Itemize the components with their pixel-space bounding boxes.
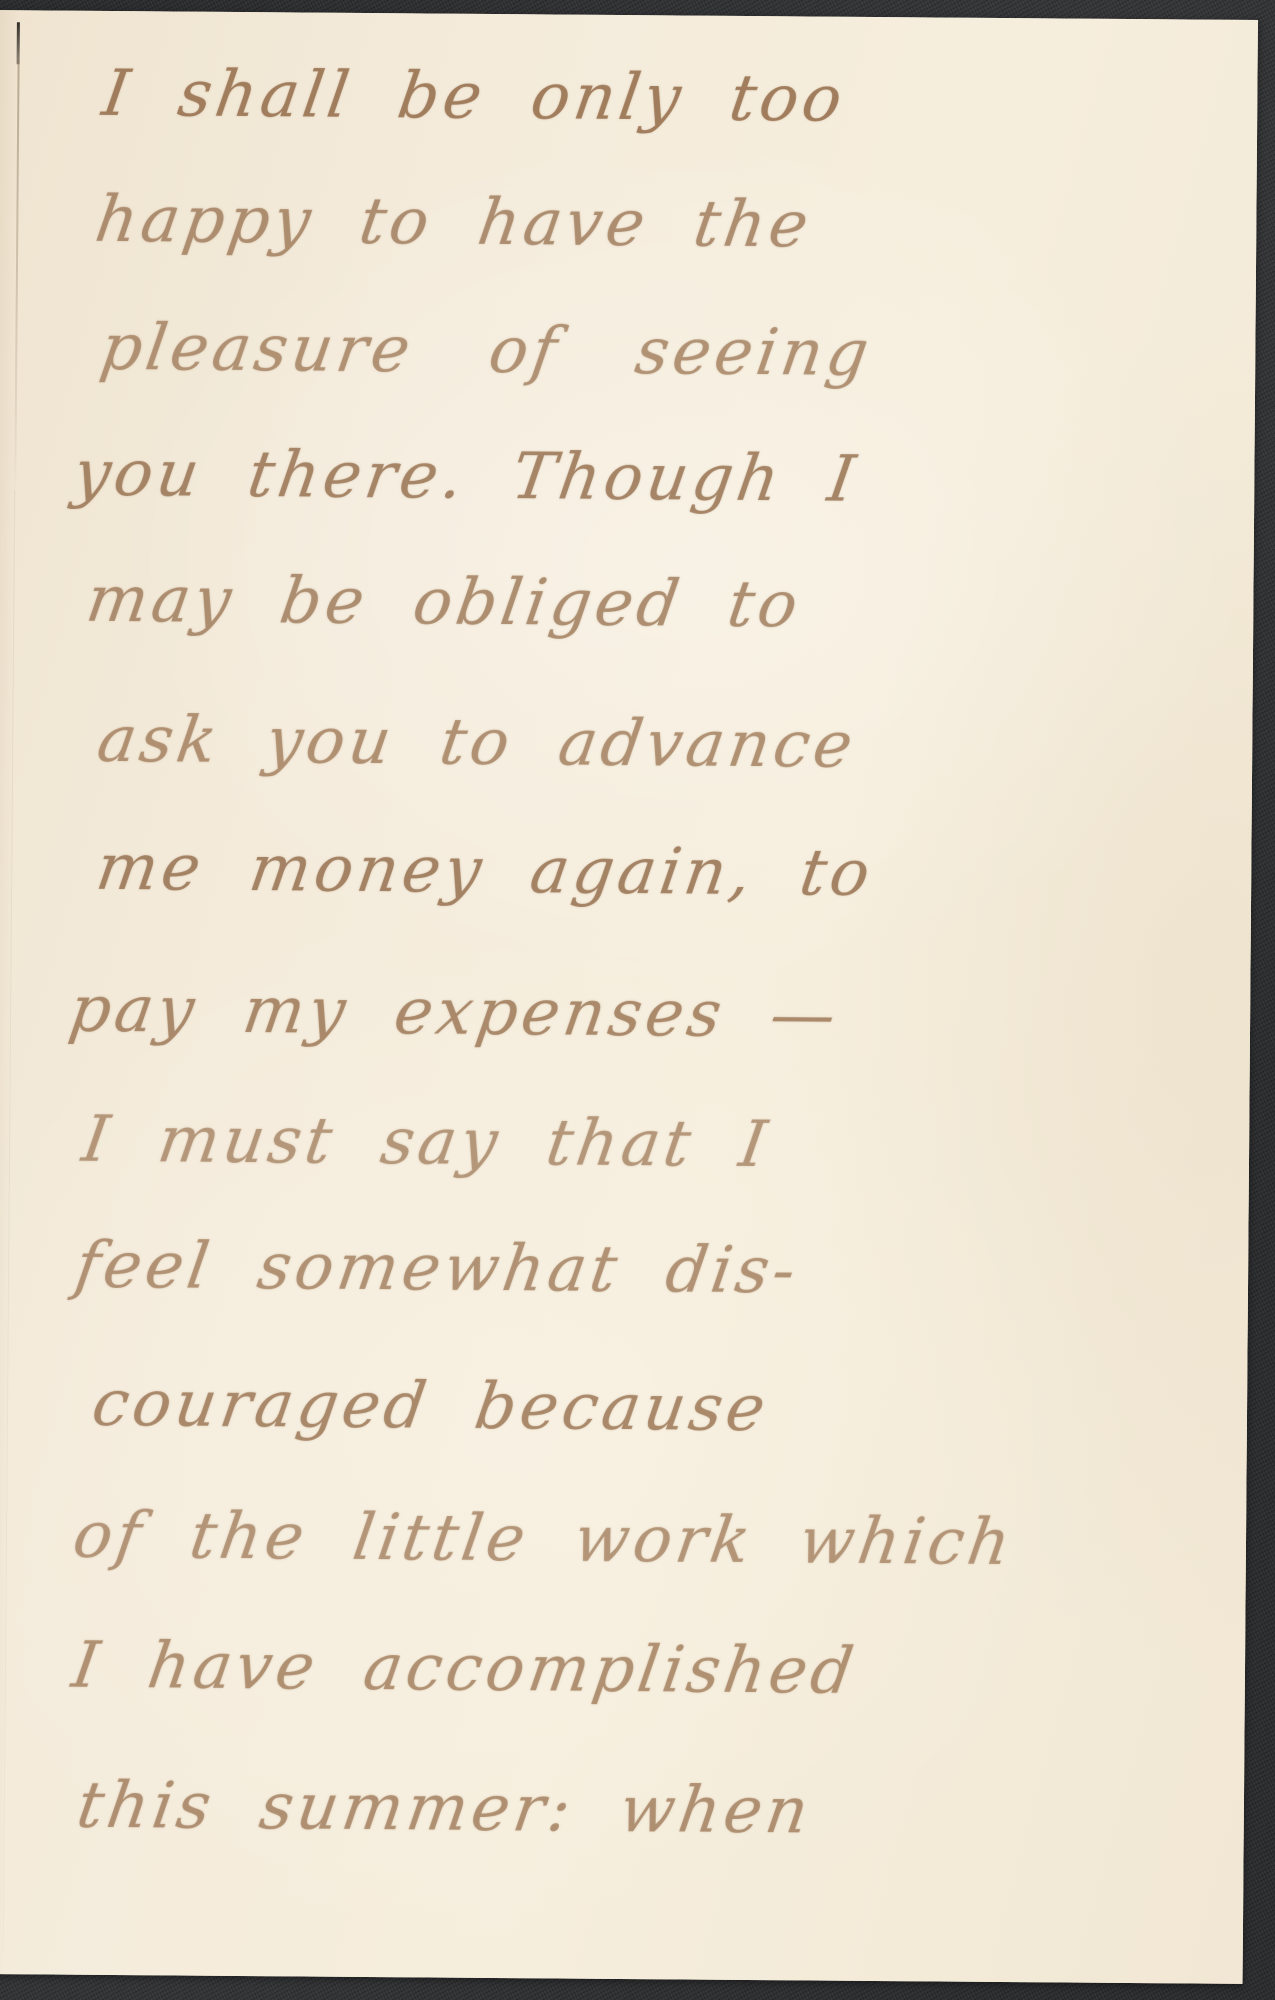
handwritten-line: feel somewhat dis- — [71, 1229, 804, 1309]
paper-edge-crack — [17, 22, 20, 64]
paper-fold-crease — [14, 60, 19, 500]
handwritten-line: I have accomplished — [68, 1629, 862, 1709]
handwritten-line: happy to have the — [91, 183, 817, 263]
handwritten-line: I must say that I — [78, 1103, 775, 1182]
handwritten-line: pleasure of seeing — [96, 311, 877, 391]
handwritten-line: couraged because — [88, 1367, 774, 1446]
handwritten-line: may be obliged to — [82, 563, 806, 643]
handwritten-line: ask you to advance — [93, 703, 861, 783]
handwritten-line: you there. Though I — [69, 437, 864, 517]
handwritten-line: me money again, to — [92, 831, 879, 911]
handwritten-line: of the little work which — [69, 1499, 1019, 1580]
handwritten-line: pay my expenses — — [65, 973, 845, 1053]
handwritten-line: I shall be only too — [98, 57, 851, 137]
handwritten-line: this summer: when — [72, 1769, 816, 1849]
paper-fold-crease-faint — [3, 490, 15, 1950]
letter-page: I shall be only too happy to have the pl… — [0, 10, 1258, 1984]
